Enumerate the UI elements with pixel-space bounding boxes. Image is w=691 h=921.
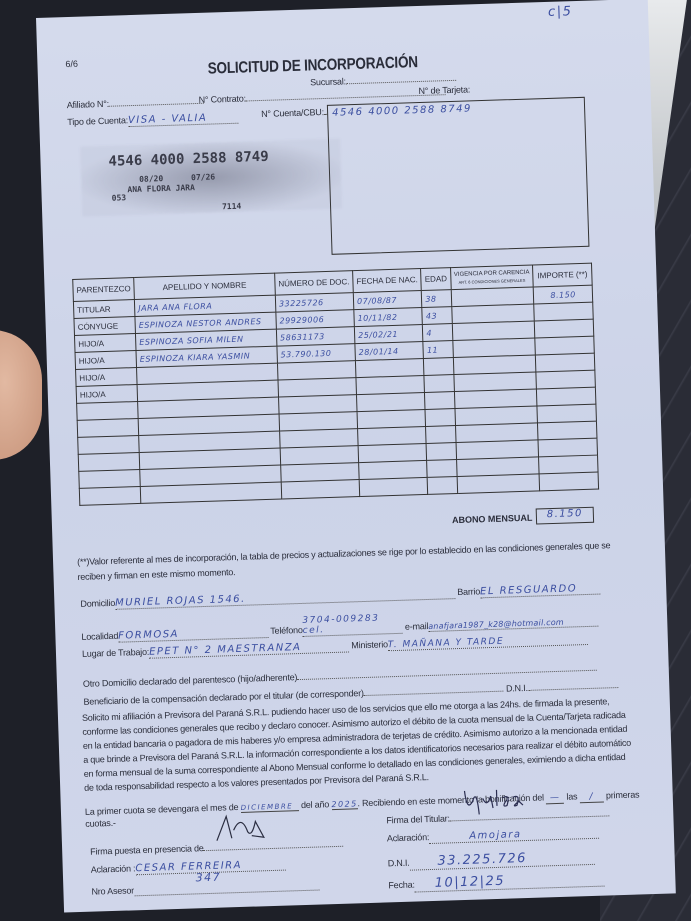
telefono-value[interactable]: 3704-009283 cel. [302, 613, 403, 637]
member-cell-importe[interactable] [538, 438, 597, 457]
member-cell-fecha[interactable] [358, 426, 427, 445]
member-cell-parentesco[interactable] [77, 401, 139, 420]
member-cell-fecha[interactable] [355, 358, 424, 377]
footnote: (**)Valor referente al mes de incorporac… [77, 538, 618, 585]
presence-label: Firma puesta en presencia de [90, 843, 204, 857]
col-importe: IMPORTE (**) [533, 263, 592, 287]
col-vigencia: VIGENCIA POR CARENCIA ART. 6 CONDICIONES… [450, 265, 533, 290]
member-cell-importe[interactable] [535, 319, 594, 338]
card-imprint-code-right: 7114 [222, 202, 242, 212]
aclaracion-left-label: Aclaración : [91, 863, 136, 874]
card-imprint-valid-from: 08/20 [139, 174, 163, 184]
titular-signature-scribble [460, 783, 541, 817]
domicilio-value[interactable]: MURIEL ROJAS 1546. [115, 587, 455, 610]
barrio-value[interactable]: EL RESGUARDO [480, 583, 600, 599]
member-cell-fecha[interactable] [357, 409, 426, 428]
member-cell-parentesco[interactable] [77, 418, 139, 437]
abono-mensual-value[interactable]: 8.150 [536, 507, 594, 525]
member-cell-edad[interactable] [426, 426, 456, 444]
member-cell-edad[interactable]: 4 [423, 324, 453, 342]
asesor-field[interactable]: 347 [134, 880, 319, 897]
titular-dni-row: D.N.I.33.225.726 [387, 849, 594, 871]
member-cell-importe[interactable] [539, 472, 598, 491]
member-cell-importe[interactable] [536, 370, 595, 389]
member-cell-importe[interactable] [537, 387, 596, 406]
card-number-handwritten: 4546 4000 2588 8749 [332, 103, 472, 118]
corner-note: c|5 [548, 4, 573, 20]
email-value[interactable]: anafjara1987_k28@hotmail.com [428, 617, 598, 632]
member-cell-fecha[interactable] [358, 443, 427, 462]
first-fee-year-label: del año [301, 799, 329, 810]
member-cell-parentesco[interactable]: TITULAR [73, 300, 135, 319]
form-sheet: c|5 6/6 SOLICITUD DE INCORPORACIÓN Sucur… [36, 0, 676, 913]
member-cell-parentesco[interactable]: HIJO/A [76, 368, 138, 387]
localidad-label: Localidad [81, 631, 118, 642]
page-number: 6/6 [65, 59, 78, 69]
titular-signature-label: Firma del Titular: [386, 813, 450, 825]
email-label: e-mail [405, 621, 429, 632]
holding-finger [0, 330, 42, 460]
member-cell-edad[interactable] [426, 443, 456, 461]
beneficiario-value[interactable] [364, 691, 504, 696]
contrato-label: N° Contrato: [198, 93, 246, 104]
asesor-value: 347 [195, 871, 221, 885]
tipo-cuenta-value: VISA - VALIA [128, 112, 238, 127]
member-cell-parentesco[interactable] [79, 469, 141, 488]
aclaracion-right-value[interactable]: Amojara [429, 827, 599, 844]
domicilio-label: Domicilio [80, 598, 115, 609]
beneficiario-dni-label: D.N.I. [506, 683, 528, 694]
tipo-cuenta-field[interactable]: Tipo de Cuenta:VISA - VALIA [67, 112, 238, 129]
col-edad: EDAD [421, 268, 451, 291]
member-cell-importe[interactable] [534, 302, 593, 321]
first-fee-las-label: las [566, 791, 577, 801]
card-imprint-code-left: 053 [112, 193, 127, 202]
member-cell-fecha[interactable] [359, 460, 428, 479]
otro-domicilio-label: Otro Domicilio declarado del parentesco … [83, 672, 298, 689]
member-cell-importe[interactable] [536, 353, 595, 372]
member-cell-fecha[interactable] [359, 477, 428, 496]
member-cell-vigencia[interactable] [457, 474, 540, 494]
asesor-label: Nro Asesor [91, 885, 134, 896]
member-cell-parentesco[interactable]: HIJO/A [75, 351, 137, 370]
member-cell-edad[interactable] [424, 358, 454, 376]
trabajo-value[interactable]: EPET N° 2 MAESTRANZA [149, 640, 349, 658]
member-cell-parentesco[interactable] [78, 435, 140, 454]
member-cell-edad[interactable] [427, 460, 457, 478]
titular-dni-label: D.N.I. [388, 858, 410, 869]
member-cell-fecha[interactable]: 07/08/87 [353, 291, 422, 310]
first-fee-year[interactable]: 2025 [331, 799, 357, 810]
member-cell-fecha[interactable]: 10/11/82 [354, 308, 423, 327]
aclaracion-right-row: Aclaración:Amojara [387, 827, 600, 846]
card-imprint-valid-to: 07/26 [191, 172, 215, 182]
cuenta-cbu-label: N° Cuenta/CBU: [261, 107, 324, 119]
member-cell-nombre[interactable] [140, 482, 281, 503]
tipo-cuenta-label: Tipo de Cuenta: [67, 115, 128, 127]
tarjeta-label: N° de Tarjeta: [418, 84, 470, 96]
member-cell-edad[interactable] [425, 392, 455, 410]
card-number-box[interactable]: 4546 4000 2588 8749 [327, 97, 590, 255]
declaration-text: Solicito mi afiliación a Previsora del P… [82, 694, 634, 795]
ministerio-label: Ministerio [351, 639, 388, 650]
first-fee-las-value[interactable]: / [580, 792, 604, 804]
sucursal-label: Sucursal: [310, 76, 346, 87]
member-cell-fecha[interactable] [357, 392, 426, 411]
member-cell-fecha[interactable]: 28/01/14 [355, 341, 424, 360]
contrato-value [246, 94, 446, 101]
fecha-row: Fecha:10|12|25 [388, 871, 605, 894]
member-cell-parentesco[interactable]: HIJO/A [74, 334, 136, 353]
member-cell-fecha[interactable] [356, 375, 425, 394]
member-cell-importe[interactable]: 8.150 [533, 285, 592, 304]
member-cell-edad[interactable]: 43 [422, 307, 452, 325]
fecha-label: Fecha: [388, 880, 415, 891]
member-cell-fecha[interactable]: 25/02/21 [354, 325, 423, 344]
trabajo-label: Lugar de Trabajo: [82, 647, 149, 659]
domicilio-row: DomicilioMURIEL ROJAS 1546. BarrioEL RES… [80, 582, 620, 611]
member-cell-parentesco[interactable]: HIJO/A [76, 385, 138, 404]
member-cell-edad[interactable]: 38 [422, 290, 452, 308]
member-cell-importe[interactable] [535, 336, 594, 355]
col-parentesco: PARENTEZCO [73, 278, 135, 302]
member-cell-parentesco[interactable] [79, 486, 141, 505]
members-table: PARENTEZCO APELLIDO Y NOMBRE NÚMERO DE D… [72, 263, 599, 506]
col-doc: NÚMERO DE DOC. [275, 271, 354, 295]
member-cell-edad[interactable]: 11 [423, 341, 453, 359]
member-cell-edad[interactable] [424, 375, 454, 393]
afiliado-value [109, 103, 204, 107]
fecha-value[interactable]: 10|12|25 [414, 871, 604, 893]
member-cell-edad[interactable] [425, 409, 455, 427]
cuenta-cbu-value [324, 114, 326, 115]
col-fecha: FECHA DE NAC. [353, 269, 422, 293]
cuenta-cbu-field[interactable]: N° Cuenta/CBU: [261, 107, 326, 119]
member-cell-parentesco[interactable] [78, 452, 140, 471]
beneficiario-dni-value[interactable] [528, 687, 618, 691]
afiliado-label: Afiliado N°: [67, 99, 110, 110]
first-fee-bonus-value[interactable]: — [546, 793, 564, 805]
member-cell-parentesco[interactable]: CÓNYUGE [74, 317, 136, 336]
asesor-row: Nro Asesor347 [91, 880, 319, 898]
member-cell-importe[interactable] [538, 421, 597, 440]
localidad-value[interactable]: FORMOSA [118, 626, 268, 643]
barrio-label: Barrio [457, 586, 480, 597]
telefono-label: Teléfono [270, 625, 303, 636]
aclaracion-right-label: Aclaración: [387, 832, 430, 843]
titular-dni-value[interactable]: 33.225.726 [409, 849, 594, 871]
member-cell-edad[interactable] [427, 477, 457, 495]
sucursal-value [346, 80, 456, 84]
ministerio-value[interactable]: T. MAÑANA Y TARDE [388, 634, 588, 651]
member-cell-importe[interactable] [539, 455, 598, 474]
afiliado-field[interactable]: Afiliado N°: [67, 96, 204, 110]
member-cell-importe[interactable] [537, 404, 596, 423]
abono-mensual-label: ABONO MENSUAL [452, 513, 533, 526]
otro-domicilio-value[interactable] [297, 670, 597, 680]
member-cell-doc[interactable] [281, 480, 360, 499]
advisor-signature-scribble [211, 811, 272, 843]
aclaracion-left-row: Aclaración :CESAR FERREIRA [91, 859, 286, 877]
